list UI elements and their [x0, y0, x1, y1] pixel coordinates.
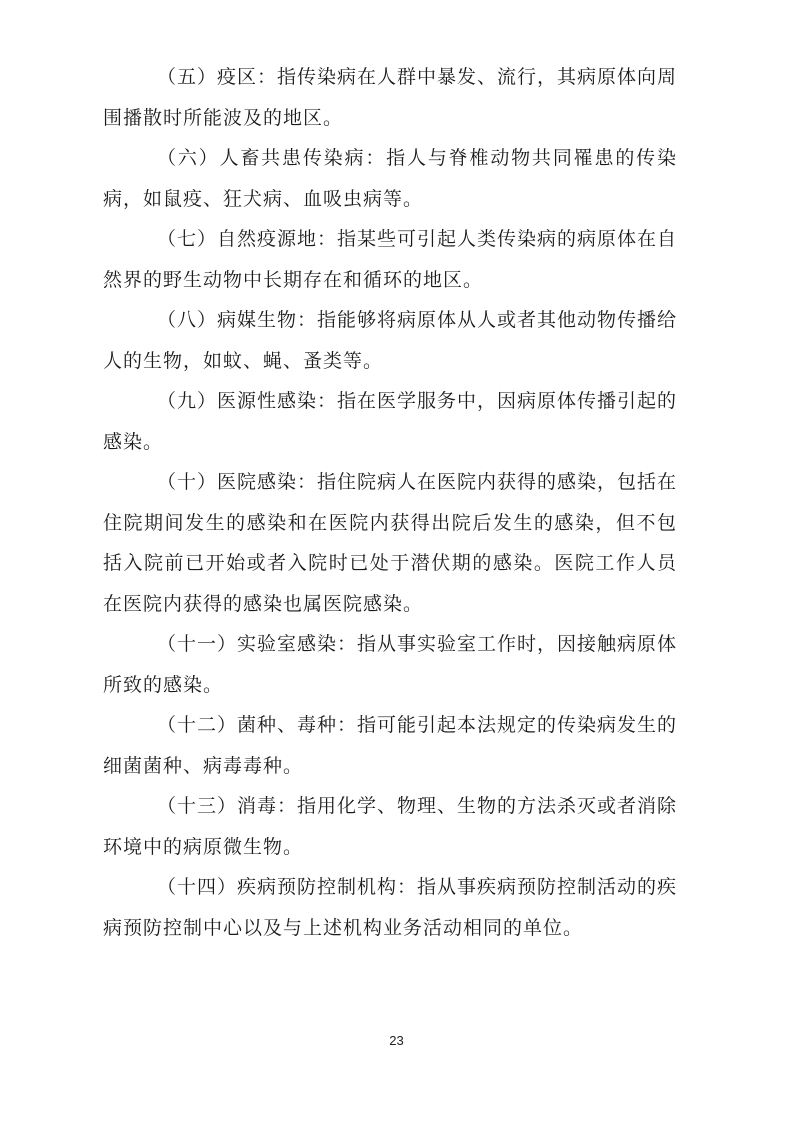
document-page: （五）疫区：指传染病在人群中暴发、流行，其病原体向周围播散时所能波及的地区。（六… [0, 0, 793, 1122]
paragraph: （十）医院感染：指住院病人在医院内获得的感染，包括在住院期间发生的感染和在医院内… [103, 463, 677, 625]
paragraph: （五）疫区：指传染病在人群中暴发、流行，其病原体向周围播散时所能波及的地区。 [103, 58, 677, 139]
paragraph: （七）自然疫源地：指某些可引起人类传染病的病原体在自然界的野生动物中长期存在和循… [103, 220, 677, 301]
paragraph: （九）医源性感染：指在医学服务中，因病原体传播引起的感染。 [103, 382, 677, 463]
paragraph: （六）人畜共患传染病：指人与脊椎动物共同罹患的传染病，如鼠疫、狂犬病、血吸虫病等… [103, 139, 677, 220]
paragraph: （十四）疾病预防控制机构：指从事疾病预防控制活动的疾病预防控制中心以及与上述机构… [103, 868, 677, 949]
paragraph: （八）病媒生物：指能够将病原体从人或者其他动物传播给人的生物，如蚊、蝇、蚤类等。 [103, 301, 677, 382]
page-number: 23 [389, 1033, 403, 1048]
paragraph: （十三）消毒：指用化学、物理、生物的方法杀灭或者消除环境中的病原微生物。 [103, 787, 677, 868]
page-footer: 23 [0, 1032, 793, 1050]
document-body: （五）疫区：指传染病在人群中暴发、流行，其病原体向周围播散时所能波及的地区。（六… [103, 58, 677, 949]
paragraph: （十一）实验室感染：指从事实验室工作时，因接触病原体所致的感染。 [103, 625, 677, 706]
paragraph: （十二）菌种、毒种：指可能引起本法规定的传染病发生的细菌菌种、病毒毒种。 [103, 706, 677, 787]
